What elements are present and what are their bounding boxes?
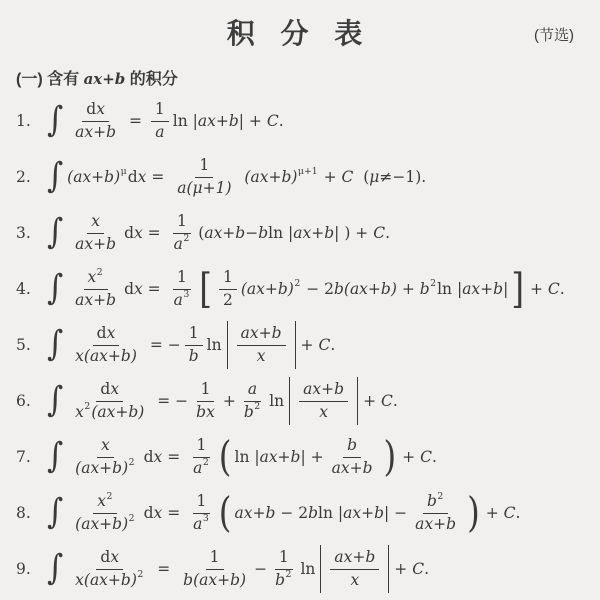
fraction-numerator: 1 — [193, 436, 211, 457]
math-var: C — [373, 224, 385, 242]
fraction-numerator: ax+b — [330, 548, 379, 569]
math-text: d — [144, 504, 154, 522]
absolute-value-bars: ax+bx — [289, 377, 358, 425]
math-text: | — [503, 280, 508, 298]
math-text: = — [143, 280, 166, 298]
open-fence: ( — [219, 437, 232, 478]
math-text: 2 — [223, 291, 233, 310]
math-var: b — [258, 224, 268, 242]
math-superscript: 2 — [84, 401, 90, 413]
math-var: ax+b — [332, 459, 373, 478]
math-text: − 2 — [301, 280, 334, 298]
math-var: x — [134, 280, 143, 298]
formula-number: 7. — [16, 448, 46, 466]
math-text: 1 — [201, 380, 211, 399]
fraction: ax+bx — [237, 324, 286, 366]
math-var: ax+b — [462, 280, 503, 298]
fraction: ax+bx — [299, 380, 348, 422]
math-text: . — [432, 448, 437, 466]
fraction-numerator: dx — [96, 548, 123, 569]
math-superscript: 2 — [183, 233, 189, 245]
math-text: 1 — [199, 156, 209, 175]
math-var: ax+b — [198, 112, 239, 130]
fraction: dxx(ax+b) — [71, 324, 141, 366]
math-text: = — [162, 504, 185, 522]
fraction-denominator: b — [185, 346, 203, 366]
math-var: x — [138, 168, 147, 186]
fraction: x2ax+b — [71, 268, 120, 310]
math-var: ax+b — [293, 224, 334, 242]
math-text: + — [319, 168, 342, 186]
formula-expression: ∫dxx(ax+b)2 = 1b(ax+b)−1b2lnax+bx+ C. — [46, 545, 429, 593]
fraction-denominator: a2 — [189, 458, 214, 478]
formula-number: 3. — [16, 224, 46, 242]
fraction-denominator: b2 — [240, 402, 265, 422]
math-var: C — [342, 168, 354, 186]
math-superscript: 2 — [129, 457, 135, 469]
fraction-denominator: 2 — [219, 290, 237, 310]
math-var: ax+b — [303, 380, 344, 399]
math-text: | − — [384, 504, 407, 522]
formula-row: 5.∫dxx(ax+b) = −1blnax+bx+ C. — [16, 317, 582, 373]
fraction-numerator: 1 — [275, 548, 293, 569]
fraction-numerator: b2 — [423, 492, 448, 513]
math-text: . — [393, 392, 398, 410]
math-superscript: 3 — [203, 513, 209, 525]
math-text: 1 — [197, 492, 207, 511]
fraction-numerator: 1 — [185, 324, 203, 345]
math-superscript: 2 — [430, 278, 436, 289]
math-var: C — [548, 280, 560, 298]
math-var: C — [318, 336, 330, 354]
math-superscript: 2 — [137, 569, 143, 581]
math-text: d — [97, 324, 107, 343]
math-var: b(ax+b) — [334, 280, 397, 298]
math-var: x — [350, 571, 359, 590]
math-text: d — [124, 280, 134, 298]
math-var: ax+b — [415, 515, 456, 534]
fraction: dxax+b — [71, 100, 120, 142]
math-var: x — [107, 324, 116, 343]
math-var: x — [110, 380, 119, 399]
math-text: d — [144, 448, 154, 466]
integral-icon: ∫ — [47, 495, 63, 530]
formula-row: 2.∫(ax+b)μdx = 1a(μ+1) (ax+b)μ+1 + C (μ≠… — [16, 149, 582, 205]
math-text: d — [128, 168, 138, 186]
document-page: 积 分 表 (节选) (一) 含有 ax+b 的积分 1.∫dxax+b = 1… — [0, 0, 600, 597]
fraction-denominator: ax+b — [328, 458, 377, 478]
math-var: x — [134, 224, 143, 242]
math-var: b — [347, 436, 357, 455]
math-text: ln — [207, 336, 222, 354]
math-text: . — [330, 336, 335, 354]
group-content: ln |ax+b| +bax+b — [234, 436, 380, 478]
fraction: ab2 — [240, 380, 265, 422]
math-var: (ax+b) — [91, 403, 144, 422]
math-text: d — [100, 548, 110, 567]
fraction-denominator: ax+b — [411, 514, 460, 534]
math-var: (ax+b) — [75, 515, 128, 534]
math-var: x — [96, 100, 105, 119]
math-text: = − — [145, 336, 181, 354]
fraction-denominator: ax+b — [71, 122, 120, 142]
math-superscript: 2 — [294, 278, 300, 289]
formula-expression: ∫(ax+b)μdx = 1a(μ+1) (ax+b)μ+1 + C (μ≠−1… — [46, 156, 426, 198]
math-var: ax+b — [75, 235, 116, 254]
formula-expression: ∫dxax+b = 1aln |ax+b| + C. — [46, 100, 284, 142]
math-var: C — [504, 504, 516, 522]
formula-number: 9. — [16, 560, 46, 578]
formula-row: 7.∫x(ax+b)2dx = 1a2(ln |ax+b| +bax+b) + … — [16, 429, 582, 485]
formula-expression: ∫xax+bdx = 1a2(ax+b−bln |ax+b| ) + C. — [46, 212, 390, 254]
math-var: ax+b — [334, 548, 375, 567]
math-text: = — [124, 112, 147, 130]
section-heading-math: ax+b — [84, 70, 126, 88]
math-text: + — [301, 336, 319, 354]
fraction-numerator: 1 — [206, 548, 224, 569]
integral-icon: ∫ — [47, 271, 63, 306]
integral-icon: ∫ — [47, 103, 63, 138]
math-var: (ax+b) — [75, 459, 128, 478]
math-var: b — [427, 492, 437, 511]
fraction-numerator: dx — [82, 100, 109, 121]
math-var: a — [174, 291, 183, 310]
math-var: μ — [369, 168, 379, 186]
formula-list: 1.∫dxax+b = 1aln |ax+b| + C.2.∫(ax+b)μdx… — [16, 93, 582, 597]
formula-row: 1.∫dxax+b = 1aln |ax+b| + C. — [16, 93, 582, 149]
fraction-numerator: dx — [96, 380, 123, 401]
formula-number: 2. — [16, 168, 46, 186]
math-text: − — [254, 560, 267, 578]
fraction-denominator: b(ax+b) — [179, 570, 250, 590]
math-text: 1 — [189, 324, 199, 343]
fraction: 1bx — [192, 380, 219, 422]
math-var: C — [412, 560, 424, 578]
math-text: | + — [300, 448, 323, 466]
math-text: ln | — [173, 112, 198, 130]
math-text: 1 — [279, 548, 289, 567]
math-text: | ) + — [334, 224, 373, 242]
math-var: x — [91, 212, 100, 231]
formula-expression: ∫x(ax+b)2dx = 1a2(ln |ax+b| +bax+b) + C. — [46, 436, 437, 478]
integral-icon: ∫ — [47, 551, 63, 586]
fraction-denominator: x — [346, 570, 363, 590]
math-text: . — [385, 224, 390, 242]
math-text: + — [397, 448, 420, 466]
fraction: x2(ax+b)2 — [71, 492, 139, 534]
title-bar: 积 分 表 (节选) — [16, 8, 582, 54]
page-title: 积 分 表 — [227, 8, 372, 52]
math-text: 1 — [177, 212, 187, 231]
bracket-group: [12(ax+b)2 − 2b(ax+b) + b2ln |ax+b|] — [198, 268, 525, 310]
math-var: b — [244, 403, 254, 422]
math-var: x — [75, 403, 84, 422]
fraction-numerator: b — [343, 436, 361, 457]
math-text: . — [279, 112, 284, 130]
math-text: ln | — [268, 224, 293, 242]
math-text: 1 — [223, 268, 233, 287]
math-var: x — [319, 403, 328, 422]
math-var: a — [193, 459, 202, 478]
math-var: b — [189, 347, 199, 366]
math-var: bx — [196, 403, 215, 422]
fraction: 1a3 — [189, 492, 214, 534]
math-text: ( — [353, 168, 369, 186]
fraction-denominator: a — [151, 122, 168, 142]
integral-icon: ∫ — [47, 159, 63, 194]
fraction-numerator: x — [97, 436, 114, 457]
fraction-numerator: dx — [93, 324, 120, 345]
math-var: ax+b — [234, 504, 275, 522]
close-fence: ) — [384, 437, 397, 478]
math-text: d — [86, 100, 96, 119]
paren-group: (ax+b − 2bln |ax+b| −b2ax+b) — [218, 492, 481, 534]
fraction: b2ax+b — [411, 492, 460, 534]
formula-expression: ∫dxx2(ax+b) = −1bx+ab2lnax+bx+ C. — [46, 377, 398, 425]
math-var: x(ax+b) — [75, 347, 137, 366]
math-var: ax+b — [260, 448, 301, 466]
formula-number: 4. — [16, 280, 46, 298]
close-fence: ) — [467, 493, 480, 534]
math-text: + — [525, 280, 548, 298]
math-text: + — [481, 504, 504, 522]
math-var: b — [420, 280, 430, 298]
formula-row: 8.∫x2(ax+b)2dx = 1a3(ax+b − 2bln |ax+b| … — [16, 485, 582, 541]
math-text: + — [394, 560, 412, 578]
math-text: . — [424, 560, 429, 578]
math-var: C — [381, 392, 393, 410]
math-var: a — [155, 123, 164, 142]
fraction: dxx2(ax+b) — [71, 380, 148, 422]
math-text: d — [124, 224, 134, 242]
fraction: xax+b — [71, 212, 120, 254]
math-text: ln | — [234, 448, 259, 466]
fraction-numerator: 1 — [151, 100, 169, 121]
math-text: ln — [269, 392, 284, 410]
fraction: dxx(ax+b)2 — [71, 548, 148, 590]
fraction-denominator: a2 — [170, 234, 195, 254]
group-content: ax+b − 2bln |ax+b| −b2ax+b — [234, 492, 464, 534]
formula-number: 8. — [16, 504, 46, 522]
absolute-value-bars: ax+bx — [320, 545, 389, 593]
fraction-denominator: a3 — [170, 290, 195, 310]
math-var: x — [110, 548, 119, 567]
math-superscript: 2 — [437, 491, 443, 503]
integral-icon: ∫ — [47, 439, 63, 474]
math-var: x — [97, 492, 106, 511]
math-var: ax+b — [241, 324, 282, 343]
math-var: (ax+b) — [241, 280, 294, 298]
math-text: . — [516, 504, 521, 522]
math-text: − 2 — [275, 504, 308, 522]
open-fence: [ — [199, 269, 212, 310]
math-var: ax+b — [75, 291, 116, 310]
math-text: 1 — [155, 100, 165, 119]
fraction: bax+b — [328, 436, 377, 478]
math-superscript: μ — [121, 166, 127, 177]
math-var: a(μ+1) — [177, 179, 231, 198]
math-superscript: 2 — [254, 401, 260, 413]
group-content: 12(ax+b)2 − 2b(ax+b) + b2ln |ax+b| — [215, 268, 508, 310]
fraction: 1a3 — [170, 268, 195, 310]
math-superscript: μ+1 — [298, 166, 318, 177]
fraction-denominator: x2(ax+b) — [71, 402, 148, 422]
math-var: x — [88, 268, 97, 287]
math-text: 1 — [177, 268, 187, 287]
paren-group: (ln |ax+b| +bax+b) — [218, 436, 397, 478]
math-var: b(ax+b) — [183, 571, 246, 590]
math-text: + — [363, 392, 381, 410]
math-var: x — [257, 347, 266, 366]
fraction-numerator: 1 — [193, 492, 211, 513]
math-var: (ax+b) — [240, 168, 298, 186]
math-var: ax+b — [204, 224, 245, 242]
fraction: 1a2 — [189, 436, 214, 478]
excerpt-note: (节选) — [534, 24, 574, 45]
close-fence: ] — [511, 269, 524, 310]
math-superscript: 2 — [107, 491, 113, 503]
math-var: C — [267, 112, 279, 130]
fraction-denominator: x — [253, 346, 270, 366]
math-text: + — [223, 392, 236, 410]
fraction-numerator: 1 — [219, 268, 237, 289]
math-text: . — [560, 280, 565, 298]
fraction-numerator: x2 — [93, 492, 117, 513]
fraction-numerator: x2 — [84, 268, 108, 289]
fraction: 1b(ax+b) — [179, 548, 250, 590]
math-text: = — [152, 560, 175, 578]
section-heading-pre: (一) 含有 — [16, 71, 84, 88]
fraction-denominator: ax+b — [71, 234, 120, 254]
formula-number: 6. — [16, 392, 46, 410]
formula-row: 4.∫x2ax+bdx = 1a3[12(ax+b)2 − 2b(ax+b) +… — [16, 261, 582, 317]
math-var: C — [420, 448, 432, 466]
math-superscript: 2 — [129, 513, 135, 525]
fraction-denominator: (ax+b)2 — [71, 514, 139, 534]
formula-row: 6.∫dxx2(ax+b) = −1bx+ab2lnax+bx+ C. — [16, 373, 582, 429]
math-text: + — [397, 280, 420, 298]
math-text: | + — [239, 112, 267, 130]
fraction-numerator: ax+b — [237, 324, 286, 345]
fraction-numerator: 1 — [173, 268, 191, 289]
fraction-denominator: bx — [192, 402, 219, 422]
math-var: ax+b — [75, 123, 116, 142]
formula-number: 1. — [16, 112, 46, 130]
fraction: 1a2 — [170, 212, 195, 254]
fraction: ax+bx — [330, 548, 379, 590]
fraction-numerator: x — [87, 212, 104, 233]
fraction-denominator: x(ax+b) — [71, 346, 141, 366]
formula-row: 9.∫dxx(ax+b)2 = 1b(ax+b)−1b2lnax+bx+ C. — [16, 541, 582, 597]
math-text: ln — [300, 560, 315, 578]
formula-number: 5. — [16, 336, 46, 354]
math-text: 1 — [210, 548, 220, 567]
math-text: 1 — [197, 436, 207, 455]
fraction-denominator: a3 — [189, 514, 214, 534]
fraction: 1b — [185, 324, 203, 366]
fraction-denominator: (ax+b)2 — [71, 458, 139, 478]
fraction: 1a(μ+1) — [173, 156, 235, 198]
section-heading-post: 的积分 — [125, 71, 177, 88]
math-var: b — [275, 571, 285, 590]
math-superscript: 2 — [97, 267, 103, 279]
fraction: x(ax+b)2 — [71, 436, 139, 478]
math-text: ≠−1). — [379, 168, 426, 186]
fraction: 1b2 — [271, 548, 296, 590]
fraction-denominator: x(ax+b)2 — [71, 570, 148, 590]
integral-icon: ∫ — [47, 383, 63, 418]
integral-icon: ∫ — [47, 215, 63, 250]
integral-icon: ∫ — [47, 327, 63, 362]
open-fence: ( — [219, 493, 232, 534]
fraction-denominator: ax+b — [71, 290, 120, 310]
math-text: = — [143, 224, 166, 242]
fraction-numerator: ax+b — [299, 380, 348, 401]
formula-expression: ∫x2ax+bdx = 1a3[12(ax+b)2 − 2b(ax+b) + b… — [46, 268, 565, 310]
fraction-numerator: a — [244, 380, 261, 401]
fraction-denominator: b2 — [271, 570, 296, 590]
math-superscript: 2 — [286, 569, 292, 581]
math-var: x — [101, 436, 110, 455]
fraction-numerator: 1 — [195, 156, 213, 177]
math-superscript: 2 — [203, 457, 209, 469]
fraction-denominator: a(μ+1) — [173, 178, 235, 198]
math-var: a — [248, 380, 257, 399]
math-var: ax+b — [343, 504, 384, 522]
math-var: b — [308, 504, 318, 522]
math-superscript: 3 — [183, 289, 189, 301]
absolute-value-bars: ax+bx — [227, 321, 296, 369]
math-text: ln | — [437, 280, 462, 298]
formula-expression: ∫x2(ax+b)2dx = 1a3(ax+b − 2bln |ax+b| −b… — [46, 492, 520, 534]
math-text: = — [146, 168, 169, 186]
math-var: x — [154, 504, 163, 522]
fraction-numerator: 1 — [197, 380, 215, 401]
formula-row: 3.∫xax+bdx = 1a2(ax+b−bln |ax+b| ) + C. — [16, 205, 582, 261]
math-var: (ax+b) — [67, 168, 120, 186]
math-text: d — [100, 380, 110, 399]
formula-expression: ∫dxx(ax+b) = −1blnax+bx+ C. — [46, 321, 335, 369]
fraction-numerator: 1 — [173, 212, 191, 233]
math-var: x(ax+b) — [75, 571, 137, 590]
fraction: 1a — [151, 100, 169, 142]
math-text: = − — [152, 392, 188, 410]
math-text: − — [245, 224, 258, 242]
section-heading: (一) 含有 ax+b 的积分 — [16, 66, 582, 89]
fraction-denominator: x — [315, 402, 332, 422]
math-text: = — [162, 448, 185, 466]
fraction: 12 — [219, 268, 237, 310]
math-var: a — [193, 515, 202, 534]
math-var: a — [174, 235, 183, 254]
math-var: x — [154, 448, 163, 466]
math-text: ln | — [318, 504, 343, 522]
